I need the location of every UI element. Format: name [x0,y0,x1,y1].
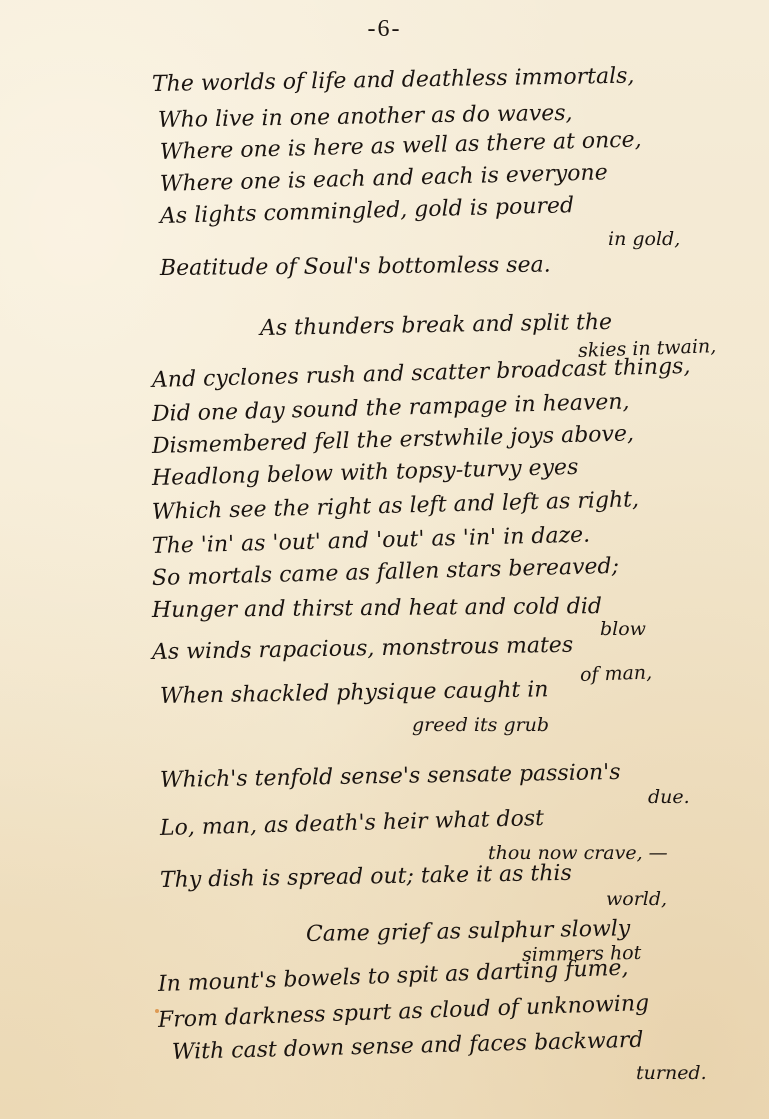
poem-line: And cyclones rush and scatter broadcast … [152,354,691,394]
poem-line: When shackled physique caught in [160,677,549,710]
poem-line: Beatitude of Soul's bottomless sea. [160,253,551,282]
poem-line: Who live in one another as do waves, [158,101,573,134]
poem-line: Where one is here as well as there at on… [160,127,642,166]
ink-spot [155,1009,159,1013]
poem-line-continuation: blow [600,616,646,642]
poem-line: Dismembered fell the erstwhile joys abov… [152,421,635,460]
poem-line: Which see the right as left and left as … [152,487,640,526]
poem-line: In mount's bowels to spit as darting fum… [158,956,629,998]
poem-line: As thunders break and split the [260,310,613,342]
poem-line-continuation: world, [606,886,667,912]
poem-line-continuation: turned. [636,1060,707,1086]
poem-line: Thy dish is spread out; take it as this [160,861,572,894]
poem-line: With cast down sense and faces backward [172,1028,644,1066]
poem-line: As winds rapacious, monstrous mates [152,633,574,666]
poem-line-continuation: of man, [580,659,653,688]
poem-line: As lights commingled, gold is poured [160,193,575,230]
poem-line: Which's tenfold sense's sensate passion'… [160,760,621,794]
poem-line-continuation: in gold, [608,226,680,252]
poem-line: So mortals came as fallen stars bereaved… [152,554,620,592]
poem-line-continuation: greed its grub [412,712,549,738]
poem-line-continuation: due. [648,784,690,810]
poem-line: Headlong below with topsy-turvy eyes [152,455,579,492]
poem-line: Lo, man, as death's heir what dost [160,806,545,842]
poem-line: Hunger and thirst and heat and cold did [152,594,602,624]
poem-line: The 'in' as 'out' and 'out' as 'in' in d… [152,523,591,560]
poem-line: From darkness spurt as cloud of unknowin… [158,991,650,1034]
page-number: -6- [0,16,769,43]
manuscript-page: -6- The worlds of life and deathless imm… [0,0,769,1119]
poem-line: Where one is each and each is everyone [160,160,608,198]
poem-line: Did one day sound the rampage in heaven, [152,390,630,428]
poem-line: The worlds of life and deathless immorta… [152,64,635,98]
